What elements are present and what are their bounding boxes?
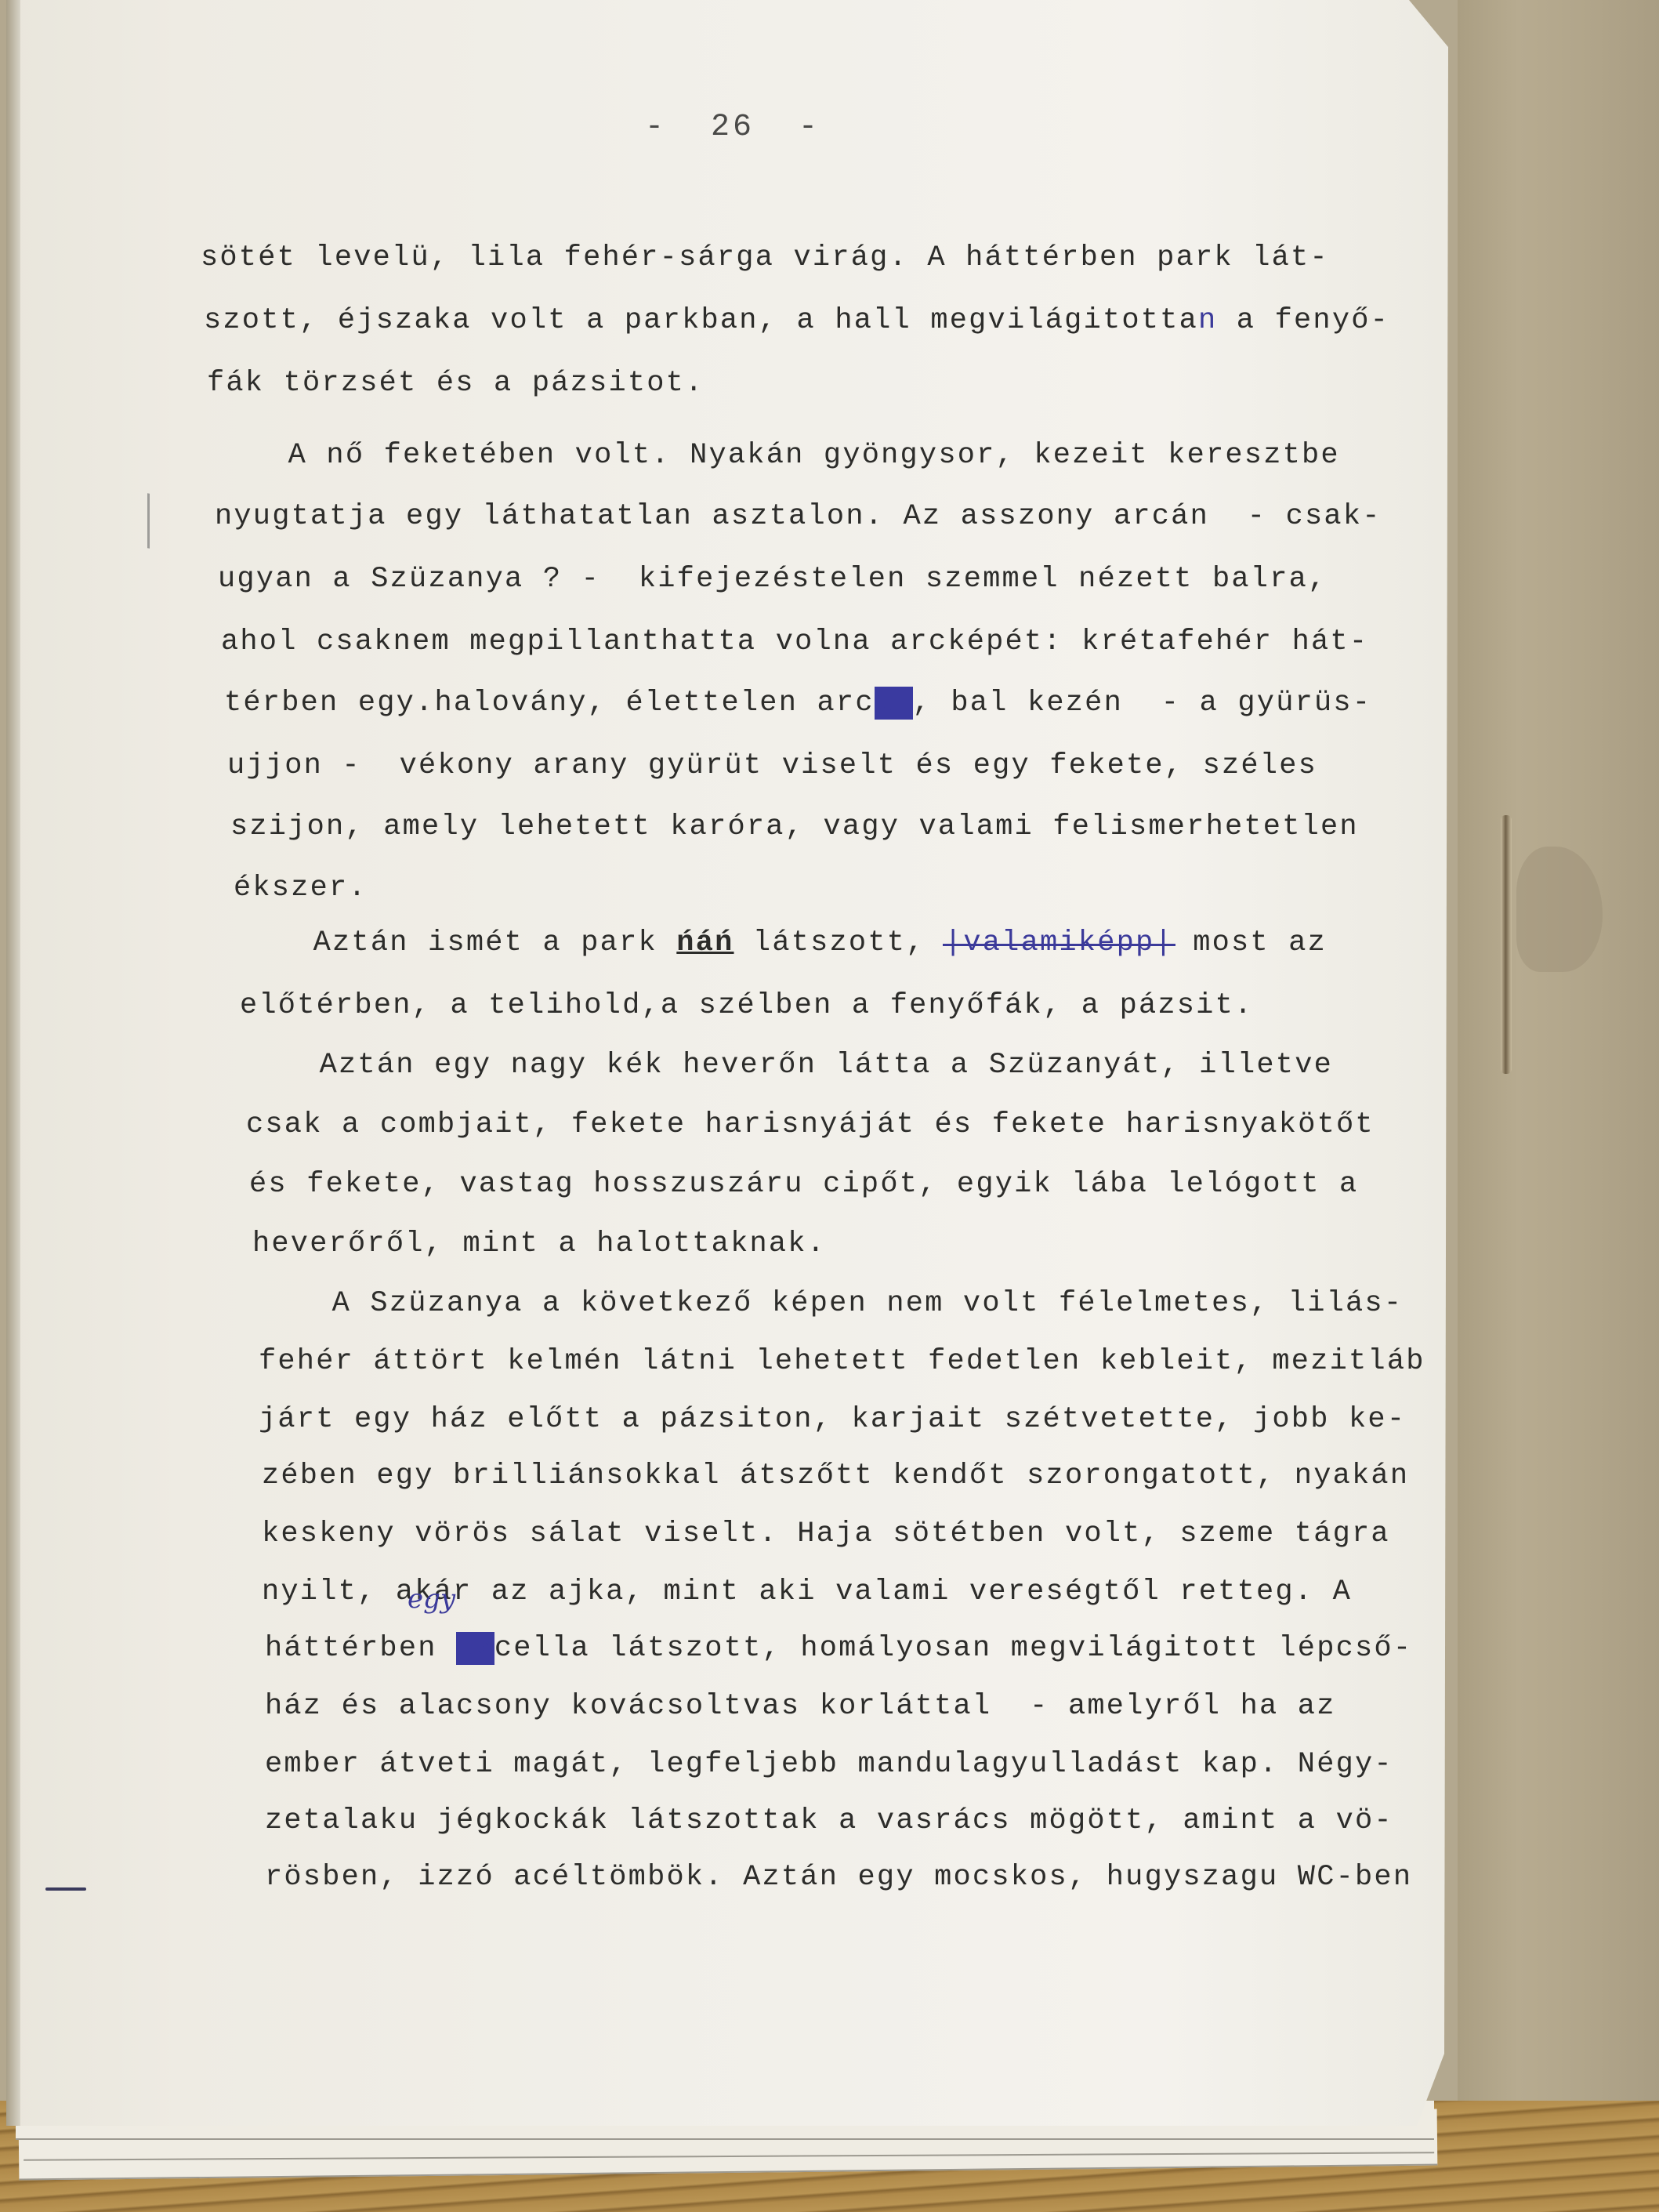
text-line-7: ahol csaknem megpillanthatta volna arcké… [221, 626, 1368, 658]
text-line-12: Aztán ismét a park ńáń látszott, |valami… [237, 927, 1327, 959]
text-line-2: szott, éjszaka volt a parkban, a hall me… [204, 304, 1389, 337]
text-segment: most az [1174, 927, 1327, 959]
text-line-17: heverőről, mint a halottaknak. [252, 1227, 826, 1260]
text-line-26: ember átveti magát, legfeljebb mandulagy… [265, 1748, 1393, 1781]
struck-out-word: |valamiképp| [944, 927, 1174, 959]
text-line-28: rösben, izzó acéltömbök. Aztán egy mocsk… [265, 1861, 1412, 1894]
page-edge [6, 0, 20, 2126]
text-line-5: nyugtatja egy láthatatlan asztalon. Az a… [215, 500, 1382, 533]
text-line-4: A nő feketében volt. Nyakán gyöngysor, k… [212, 439, 1340, 472]
ink-correction-blot: az [456, 1632, 494, 1665]
text-line-16: és fekete, vastag hosszuszáru cipőt, egy… [249, 1168, 1358, 1201]
text-segment: szott, éjszaka volt a parkban, a hall me… [204, 304, 1198, 337]
margin-ink-dash [45, 1887, 86, 1891]
text-line-6: ugyan a Szüzanya ? - kifejezéstelen szem… [218, 563, 1327, 596]
text-segment: cella látszott, homályosan megvilágitott… [494, 1632, 1412, 1665]
text-segment [237, 927, 313, 959]
overtyped-word: ńáń [676, 927, 734, 959]
text-line-13: előtérben, a telihold,a szélben a fenyőf… [240, 989, 1253, 1022]
text-line-25: ház és alacsony kovácsoltvas korláttal -… [265, 1690, 1336, 1723]
correction-slash: n [1198, 304, 1217, 337]
text-line-27: zetalaku jégkockák látszottak a vasrács … [265, 1804, 1393, 1837]
text-line-1: sötét levelü, lila fehér-sárga virág. A … [201, 241, 1329, 274]
text-line-3: fák törzsét és a pázsitot. [207, 367, 705, 400]
folder-crease [1501, 815, 1512, 1074]
text-line-21: zében egy brilliánsokkal átszőtt kendőt … [262, 1460, 1409, 1492]
ink-correction-blot: át [875, 687, 913, 720]
text-line-20: járt egy ház előtt a pázsiton, karjait s… [259, 1403, 1406, 1436]
text-line-22: keskeny vörös sálat viselt. Haja sötétbe… [262, 1518, 1390, 1550]
text-line-24: háttérben azcella látszott, homályosan m… [265, 1632, 1412, 1665]
text-segment: Aztán ismét a park [313, 927, 677, 959]
text-line-18: A Szüzanya a következő képen nem volt fé… [255, 1287, 1403, 1320]
text-line-9: ujjon - vékony arany gyürüt viselt és eg… [227, 749, 1317, 782]
background-folder [1458, 0, 1659, 2212]
margin-pencil-mark [147, 493, 154, 549]
text-segment: a fenyő- [1217, 304, 1389, 337]
text-segment: látszott, [734, 927, 944, 959]
text-line-19: fehér áttört kelmén látni lehetett fedet… [259, 1345, 1425, 1378]
text-segment: háttérben [265, 1632, 456, 1665]
text-line-10: szijon, amely lehetett karóra, vagy vala… [230, 810, 1359, 843]
text-line-8: térben egy.halovány, élettelen arcát, ba… [224, 687, 1371, 720]
text-line-11: ékszer. [234, 872, 368, 905]
page-number: - 26 - [645, 110, 820, 145]
text-segment: , bal kezén - a gyürüs- [913, 687, 1372, 720]
typewritten-page: - 26 - sötét levelü, lila fehér-sárga vi… [6, 0, 1448, 2126]
text-line-15: csak a combjait, fekete harisnyáját és f… [246, 1108, 1375, 1141]
text-segment: térben egy.halovány, élettelen arc [224, 687, 875, 720]
text-line-14: Aztán egy nagy kék heverőn látta a Szüza… [243, 1049, 1333, 1082]
handwritten-insertion: egy [408, 1583, 455, 1615]
